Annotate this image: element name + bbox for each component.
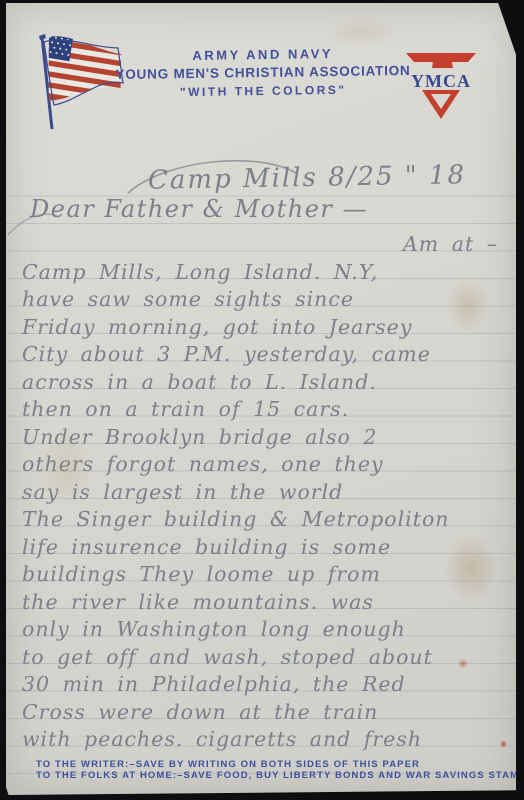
handwritten-line: others forgot names, one they xyxy=(22,451,510,479)
handwritten-line: across in a boat to L. Island. xyxy=(22,369,510,397)
handwritten-line: life insurence building is some xyxy=(22,534,510,562)
handwritten-line: Friday morning, got into Jearsey xyxy=(22,314,510,342)
handwritten-line: Am at – xyxy=(22,231,510,259)
letterhead-org-line1: ARMY AND NAVY xyxy=(98,45,428,65)
handwritten-line: with peaches. cigaretts and fresh xyxy=(22,726,510,754)
footer-line-home: TO THE FOLKS AT HOME:–SAVE FOOD, BUY LIB… xyxy=(36,770,524,781)
letter-photo: ARMY AND NAVY YOUNG MEN'S CHRISTIAN ASSO… xyxy=(0,0,524,800)
letterhead-motto: "WITH THE COLORS" xyxy=(98,82,428,101)
stain xyxy=(326,17,396,47)
handwritten-line: to get off and wash, stoped about xyxy=(22,644,510,672)
letter-body: Am at – Camp Mills, Long Island. N.Y, ha… xyxy=(22,231,510,754)
handwritten-line: say is largest in the world xyxy=(22,479,510,507)
handwritten-line: then on a train of 15 cars. xyxy=(22,396,510,424)
footer-line-writer: TO THE WRITER:–SAVE BY WRITING ON BOTH S… xyxy=(36,759,524,770)
ymca-triangle-icon: YMCA xyxy=(405,49,477,123)
printed-footer: TO THE WRITER:–SAVE BY WRITING ON BOTH S… xyxy=(36,759,524,781)
ymca-logo-text: YMCA xyxy=(411,71,471,91)
salutation: Dear Father & Mother — xyxy=(30,195,368,223)
handwritten-line: the river like mountains. was xyxy=(22,589,510,617)
paper-crease xyxy=(500,0,524,25)
handwritten-line: The Singer building & Metropoliton xyxy=(22,506,510,534)
letterhead-org-line2: YOUNG MEN'S CHRISTIAN ASSOCIATION xyxy=(98,63,428,83)
handwritten-line: only in Washington long enough xyxy=(22,616,510,644)
letterhead-text: ARMY AND NAVY YOUNG MEN'S CHRISTIAN ASSO… xyxy=(98,45,429,101)
handwritten-line: Camp Mills, Long Island. N.Y, xyxy=(22,259,510,287)
letter-paper: ARMY AND NAVY YOUNG MEN'S CHRISTIAN ASSO… xyxy=(6,3,516,795)
handwritten-line: Cross were down at the train xyxy=(22,699,510,727)
handwritten-line: Under Brooklyn bridge also 2 xyxy=(22,424,510,452)
handwritten-line: have saw some sights since xyxy=(22,286,510,314)
dateline: Camp Mills 8/25 " 18 xyxy=(148,160,467,196)
handwritten-line: City about 3 P.M. yesterday, came xyxy=(22,341,510,369)
handwritten-line: 30 min in Philadelphia, the Red xyxy=(22,671,510,699)
handwritten-line: buildings They loome up from xyxy=(22,561,510,589)
